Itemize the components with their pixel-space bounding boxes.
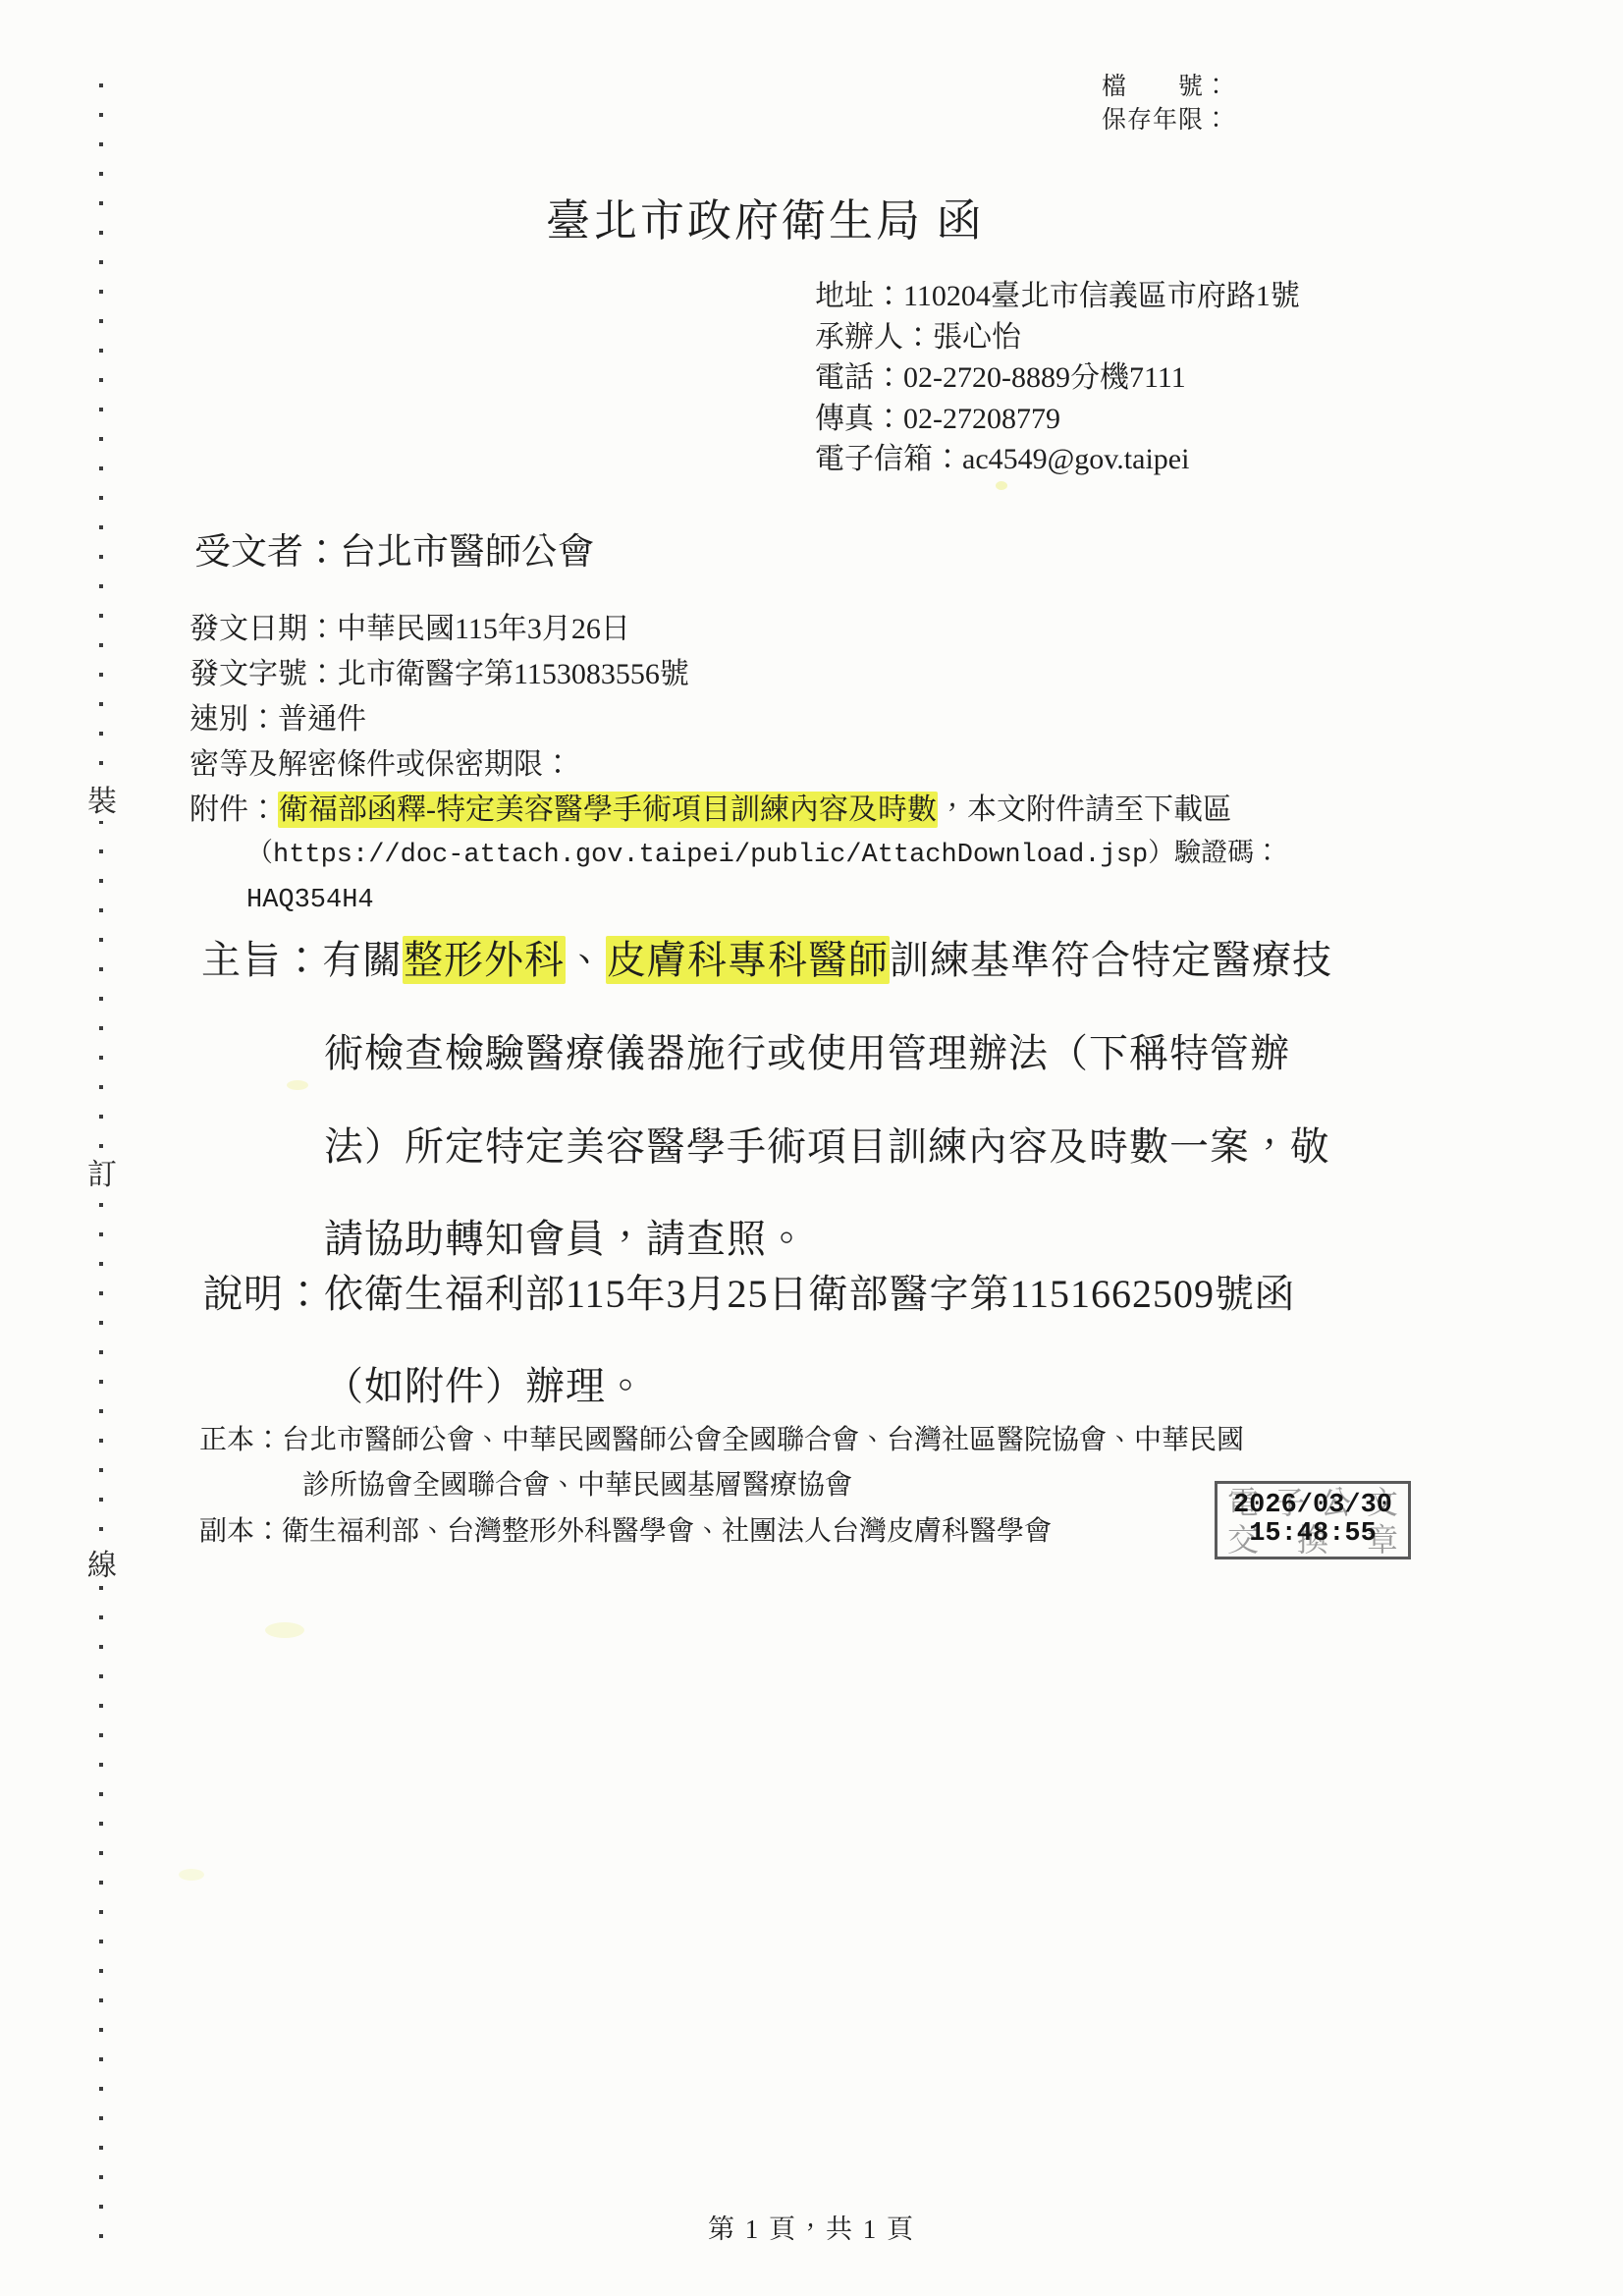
attachment-line: 附件：衛福部函釋-特定美容醫學手術項目訓練內容及時數，本文附件請至下載區 — [189, 788, 1280, 833]
scan-artifact — [287, 1080, 308, 1090]
sender-contact: 承辦人：張心怡 — [815, 317, 1300, 358]
carbon-copy-line: 副本：衛生福利部、台灣整形外科醫學會、社團法人台灣皮膚科醫學會 — [199, 1509, 1052, 1549]
subject-prefix: 主旨：有關 — [201, 938, 403, 982]
binding-mark-ding: 訂 — [84, 1157, 120, 1194]
scan-artifact — [996, 481, 1007, 490]
issue-date-line: 發文日期：中華民國115年3月26日 — [189, 607, 1280, 652]
subject-highlight-dermatology: 皮膚科專科醫師 — [606, 936, 890, 984]
attachment-suffix: ，本文附件請至下載區 — [938, 793, 1232, 826]
document-title: 臺北市政府衛生局 函 — [546, 185, 984, 248]
file-number-label: 檔 號： — [1102, 71, 1229, 104]
subject-line-4: 請協助轉知會員，請查照。 — [324, 1208, 807, 1264]
page-number-footer: 第 1 頁，共 1 頁 — [0, 2208, 1623, 2246]
original-copy-line-1: 正本：台北市醫師公會、中華民國醫師公會全國聯合會、台灣社區醫院協會、中華民國 — [199, 1418, 1244, 1457]
stamp-date: 2026/03/30 — [1217, 1492, 1408, 1520]
scan-artifact — [265, 1622, 304, 1638]
security-line: 密等及解密條件或保密期限： — [189, 742, 1280, 788]
document-meta-block: 發文日期：中華民國115年3月26日 發文字號：北市衛醫字第1153083556… — [189, 607, 1280, 923]
original-copy-line-2: 診所協會全國聯合會、中華民國基層醫療協會 — [302, 1463, 852, 1503]
sender-address: 地址：110204臺北市信義區市府路1號 — [815, 276, 1300, 317]
attachment-label: 附件： — [189, 793, 278, 826]
subject-line-2: 術檢查檢驗醫療儀器施行或使用管理辦法（下稱特管辦 — [324, 1022, 1290, 1078]
explanation-line-2: （如附件）辦理。 — [324, 1355, 646, 1411]
sender-phone: 電話：02-2720-8889分機7111 — [815, 357, 1300, 399]
file-number-block: 檔 號： 保存年限： — [1102, 71, 1229, 137]
doc-number-line: 發文字號：北市衛醫字第1153083556號 — [189, 652, 1280, 697]
sender-info-block: 地址：110204臺北市信義區市府路1號 承辦人：張心怡 電話：02-2720-… — [815, 276, 1300, 480]
retention-period-label: 保存年限： — [1102, 104, 1229, 137]
attachment-name-highlighted: 衛福部函釋-特定美容醫學手術項目訓練內容及時數 — [278, 792, 938, 828]
subject-line-1-rest: 訓練基準符合特定醫療技 — [890, 938, 1332, 982]
scan-artifact — [179, 1869, 204, 1881]
subject-line-3: 法）所定特定美容醫學手術項目訓練內容及時數一案，敬 — [324, 1116, 1330, 1172]
stamp-datetime: 2026/03/30 15:48:55 — [1217, 1492, 1408, 1549]
recipient-line: 受文者：台北市醫師公會 — [194, 521, 594, 574]
subject-separator: 、 — [566, 938, 606, 982]
document-page: 裝 訂 線 檔 號： 保存年限： 臺北市政府衛生局 函 地址：110204臺北市… — [0, 0, 1623, 2296]
binding-mark-xian: 線 — [84, 1548, 120, 1585]
speed-line: 速別：普通件 — [189, 697, 1280, 742]
subject-line-1: 主旨：有關整形外科、皮膚科專科醫師訓練基準符合特定醫療技 — [201, 929, 1332, 985]
attachment-url-line: （https://doc-attach.gov.taipei/public/At… — [189, 833, 1280, 878]
binding-mark-zhuang: 裝 — [84, 784, 120, 821]
sender-email: 電子信箱：ac4549@gov.taipei — [815, 439, 1300, 480]
subject-highlight-plastic-surgery: 整形外科 — [403, 936, 566, 984]
electronic-exchange-stamp: 電子公文 交換章 2026/03/30 15:48:55 — [1215, 1481, 1411, 1559]
sender-fax: 傳真：02-27208779 — [815, 399, 1300, 440]
attachment-verification-code: HAQ354H4 — [189, 878, 1280, 923]
explanation-line-1: 說明：依衛生福利部115年3月25日衛部醫字第1151662509號函 — [203, 1263, 1295, 1319]
stamp-time: 15:48:55 — [1217, 1520, 1408, 1549]
